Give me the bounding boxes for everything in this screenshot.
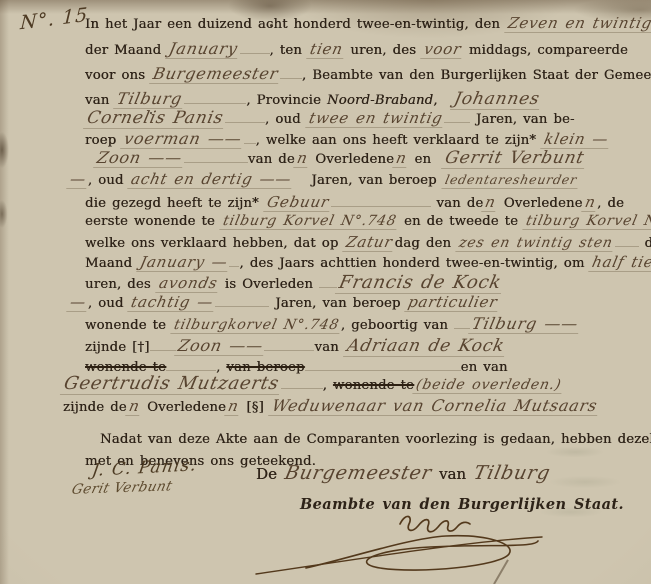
printed-text: en de tweede te — [398, 214, 524, 229]
handwritten-text: Cornelis Panis — [83, 110, 227, 129]
act-number: N°. 15 — [20, 4, 89, 35]
handwritten-text: tilburg Korvel N°.747 — [522, 214, 651, 230]
document-line: eerste wonende te tilburg Korvel N°.748 … — [85, 214, 651, 231]
printed-text: Nadat van deze Akte aan de Comparanten v… — [100, 432, 651, 447]
blank-rule — [150, 338, 176, 351]
printed-text: wonende te — [85, 318, 172, 333]
officer-signature-flourish — [250, 508, 570, 580]
handwritten-text: tilburg Korvel N°.748 — [219, 214, 400, 230]
printed-text: , de — [597, 196, 624, 211]
printed-text: eerste wonende te — [85, 214, 221, 229]
printed-text: , des Jaars achttien honderd twee-en-twi… — [239, 256, 590, 271]
handwritten-text: voor — [420, 42, 465, 59]
printed-text: van — [314, 340, 344, 355]
handwritten-text: Gerrit Verbunt — [441, 150, 588, 169]
blank-rule — [331, 194, 431, 207]
printed-text: der Maand — [85, 43, 167, 58]
printed-text: In het Jaar een duizend acht honderd twe… — [85, 17, 506, 32]
blank-rule — [319, 275, 337, 288]
printed-text: Jaren, van beroep — [269, 296, 406, 311]
handwritten-text: avonds — [155, 276, 221, 293]
handwritten-text: klein — — [540, 132, 612, 149]
printed-text: , ten — [270, 43, 308, 58]
handwritten-text: Zoon —— — [93, 150, 186, 168]
printed-text: , geboortig van — [341, 318, 454, 333]
blank-rule — [281, 376, 323, 389]
document-line: zijnde [†]Zoon ——van Adriaan de Kock — [85, 338, 506, 357]
printed-text: is Overleden — [219, 277, 319, 292]
death-certificate-page: N°. 15 In het Jaar een duizend acht hond… — [0, 0, 651, 584]
printed-text: , Beambte van den Burgerlijken Staat der… — [302, 68, 651, 83]
handwritten-text: ledentaresheurder — [441, 174, 580, 189]
handwritten-text: Burgemeester — [280, 464, 437, 483]
handwritten-text: twee en twintig — [305, 111, 446, 128]
printed-italic-text: Noord-Braband — [327, 93, 433, 108]
document-line: —, oud tachtig — Jaren, van beroep parti… — [68, 294, 500, 313]
printed-text: en van — [461, 360, 508, 375]
handwritten-text: tachtig — — [128, 295, 218, 312]
printed-text: Jaren, van beroep — [306, 173, 443, 188]
printed-text: die gezegd heeft te zijn* — [85, 196, 265, 211]
handwritten-text: Geertrudis Mutzaerts — [60, 375, 283, 395]
signature-comparant-panis: J. C. Panis. — [90, 455, 198, 481]
handwritten-text: (beide overleden.) — [412, 378, 564, 394]
printed-text: , oud — [265, 112, 307, 127]
printed-text: Overledene — [141, 400, 226, 415]
document-line: welke ons verklaard hebben, dat op Zatur… — [85, 234, 651, 253]
printed-text: De — [256, 465, 282, 483]
blank-rule — [305, 358, 461, 371]
document-line: Geertrudis Mutzaerts, wonende te (beide … — [62, 375, 563, 395]
handwritten-text: January — — [136, 255, 231, 272]
printed-text: middags, compareerde — [463, 43, 628, 58]
printed-text: uren, des — [344, 43, 422, 58]
printed-text: zijnde [†] — [85, 340, 150, 355]
printed-text: , welke aan ons heeft verklaard te zijn* — [256, 133, 542, 148]
document-line: wonende te tilburgkorvel N°.748, geboort… — [85, 316, 580, 335]
printed-text: , Provincie — [246, 93, 327, 108]
blank-rule — [264, 338, 314, 351]
blank-rule — [280, 66, 302, 79]
document-line: —, oud acht en dertig —— Jaren, van bero… — [68, 172, 578, 190]
printed-text: Jaren, van be- — [470, 112, 575, 127]
officer-signature-line: De Burgemeester van Tilburg — [256, 464, 553, 483]
blank-rule — [184, 150, 248, 163]
document-line: der Maand January, ten tien uren, des vo… — [85, 41, 628, 60]
blank-rule — [166, 358, 216, 371]
handwritten-text: Tilburg —— — [468, 316, 582, 334]
document-line: voor ons Burgemeester, Beambte van den B… — [85, 66, 651, 85]
blank-rule — [184, 91, 246, 104]
printed-text: , oud — [88, 296, 130, 311]
printed-text: [§] — [241, 400, 270, 415]
document-line: Nadat van deze Akte aan de Comparanten v… — [100, 432, 651, 449]
printed-text: , — [323, 378, 333, 393]
handwritten-text: Weduwenaar van Cornelia Mutsaars — [268, 398, 601, 416]
handwritten-text: tilburgkorvel N°.748 — [170, 318, 342, 334]
printed-text: van de — [248, 152, 295, 167]
handwritten-text: Johannes — [450, 91, 543, 110]
printed-text: dag den — [395, 236, 457, 251]
printed-text: der — [639, 236, 651, 251]
blank-rule — [444, 110, 470, 123]
handwritten-text: n — [581, 195, 599, 212]
ink-speck — [150, 112, 152, 114]
document-line: Zoon ——van den Overledenen en Gerrit Ver… — [95, 150, 586, 169]
handwritten-text: acht en dertig —— — [128, 172, 296, 189]
printed-text: Overledene — [309, 152, 394, 167]
printed-text: roep — [85, 133, 122, 148]
handwritten-text: Gebuur — [263, 195, 332, 212]
printed-text: , — [433, 93, 443, 108]
handwritten-text: particulier — [405, 295, 502, 312]
document-line: In het Jaar een duizend acht honderd twe… — [85, 16, 651, 34]
handwritten-text: Zatur — [343, 235, 397, 252]
handwritten-text: voerman —— — [120, 131, 245, 149]
signature-comparant-verbunt: Gerit Verbunt — [70, 478, 174, 498]
handwritten-text: Tilburg — [469, 464, 555, 483]
printed-text: voor ons — [85, 68, 151, 83]
printed-text: welke ons verklaard hebben, dat op — [85, 236, 344, 251]
printed-text: uren, des — [85, 277, 157, 292]
printed-text: van — [434, 465, 471, 483]
document-line: roep voerman ——, welke aan ons heeft ver… — [85, 131, 610, 150]
blank-rule — [225, 110, 265, 123]
printed-text: , oud — [88, 173, 130, 188]
document-line: Cornelis Panis, oud twee en twintig Jare… — [85, 110, 575, 129]
handwritten-text: Tilburg — [113, 91, 186, 109]
struck-printed-text: wonende te — [333, 378, 414, 393]
handwritten-text: Francis de Kock — [335, 274, 505, 294]
blank-rule — [454, 316, 470, 329]
handwritten-text: tien — [306, 42, 346, 59]
blank-rule — [615, 234, 639, 247]
handwritten-text: Adriaan de Kock — [343, 338, 508, 357]
printed-text: en — [409, 152, 437, 167]
ink-speck — [270, 24, 273, 27]
printed-text: zijnde de — [63, 400, 127, 415]
handwritten-text: Zoon —— — [174, 338, 267, 356]
handwritten-text: — — [66, 295, 89, 312]
document-line: zijnde den Overledenen [§] Weduwenaar va… — [63, 398, 599, 417]
document-line: Maand January —, des Jaars achttien hond… — [85, 254, 651, 273]
handwritten-text: Burgemeester — [149, 66, 282, 84]
printed-text: Overledene — [498, 196, 583, 211]
blank-rule — [244, 131, 256, 144]
printed-text: van de — [431, 196, 484, 211]
handwritten-text: half tien — [589, 255, 651, 272]
document-line: uren, des avonds is Overleden Francis de… — [85, 274, 503, 294]
document-line: die gezegd heeft te zijn* Gebuur van den… — [85, 194, 624, 213]
handwritten-text: zes en twintig sten — [455, 236, 616, 252]
printed-text: van — [85, 93, 115, 108]
blank-rule — [215, 294, 269, 307]
handwritten-text: Zeven en twintigsten — [504, 16, 651, 33]
handwritten-text: — — [66, 172, 89, 189]
handwritten-text: January — [165, 41, 241, 59]
blank-rule — [240, 41, 270, 54]
printed-text: Maand — [85, 256, 138, 271]
